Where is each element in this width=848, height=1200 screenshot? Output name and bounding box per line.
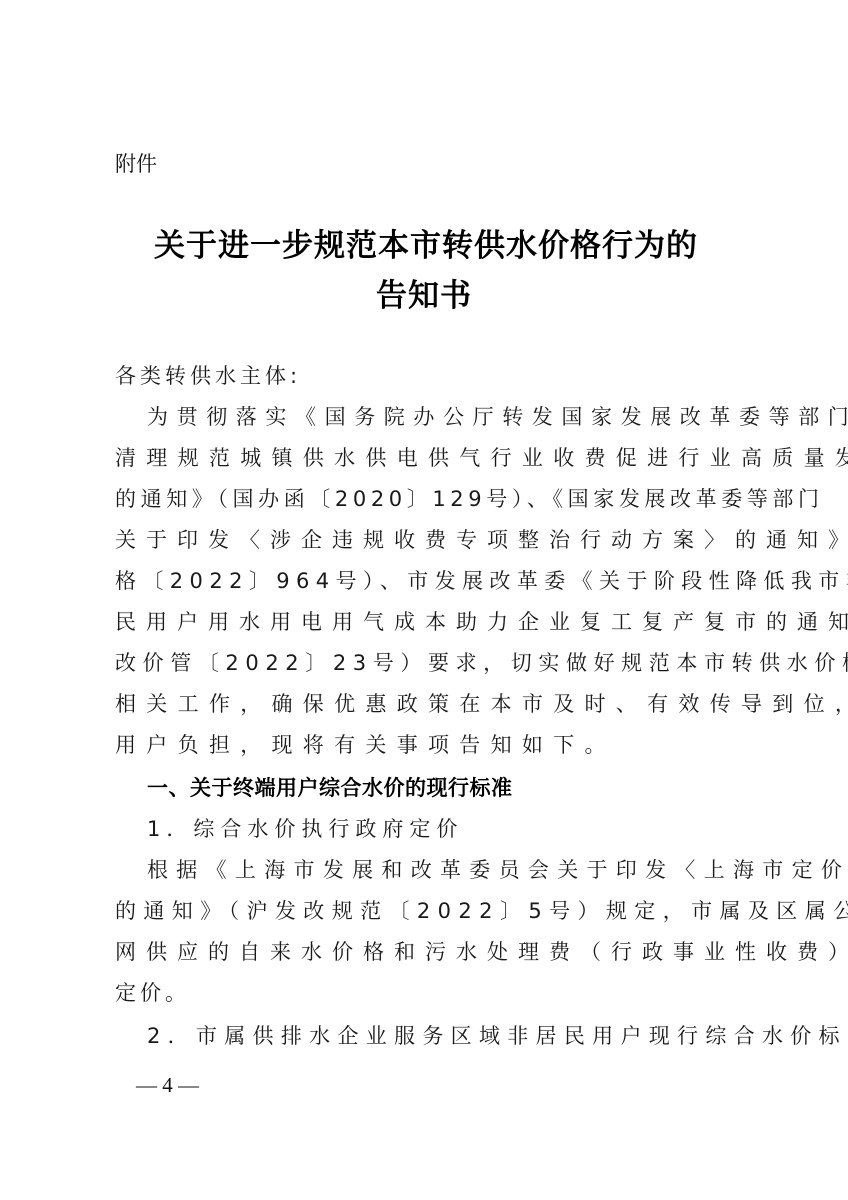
item-1-line-4: 定价。 (115, 973, 755, 1013)
body-line-2: 清理规范城镇供水供电供气行业收费促进行业高质量发展的意见 (115, 438, 755, 478)
body-line-3: 的通知》（国办函〔2020〕129号）、《国家发展改革委等部门 (115, 479, 755, 519)
item-1-line-3: 网供应的自来水价格和污水处理费（行政事业性收费）属于政府 (115, 932, 755, 972)
body-line-9: 用户负担，现将有关事项告知如下。 (115, 725, 755, 765)
item-1-heading: 1．综合水价执行政府定价 (147, 809, 787, 849)
body-line-5: 格〔2022〕964号）、市发展改革委《关于阶段性降低我市非居 (115, 561, 755, 601)
body-line-4: 关于印发〈涉企违规收费专项整治行动方案〉的通知》（发改价 (115, 520, 755, 560)
item-1-line-2: 的通知》（沪发改规范〔2022〕5号）规定，市属及区属公共管 (115, 891, 755, 931)
document-title-line-2: 告知书 (0, 276, 848, 316)
item-2-heading: 2．市属供排水企业服务区域非居民用户现行综合水价标准 (147, 1016, 787, 1056)
attachment-label: 附件 (115, 150, 157, 178)
body-line-7: 改价管〔2022〕23号）要求，切实做好规范本市转供水价格行为 (115, 643, 755, 683)
body-line-6: 民用户用水用电用气成本助力企业复工复产复市的通知》（沪发 (115, 602, 755, 642)
section-heading-1: 一、关于终端用户综合水价的现行标准 (147, 768, 513, 808)
body-line-8: 相关工作，确保优惠政策在本市及时、有效传导到位，减轻终端 (115, 684, 755, 724)
item-1-line-1: 根据《上海市发展和改革委员会关于印发〈上海市定价目录〉 (147, 850, 787, 890)
salutation: 各类转供水主体: (115, 356, 755, 396)
body-line-1: 为贯彻落实《国务院办公厅转发国家发展改革委等部门关于 (147, 397, 787, 437)
document-title-line-1: 关于进一步规范本市转供水价格行为的 (0, 226, 848, 266)
page-number: — 4 — (136, 1072, 199, 1098)
document-page: 附件 关于进一步规范本市转供水价格行为的 告知书 各类转供水主体: 为贯彻落实《… (0, 0, 848, 1200)
